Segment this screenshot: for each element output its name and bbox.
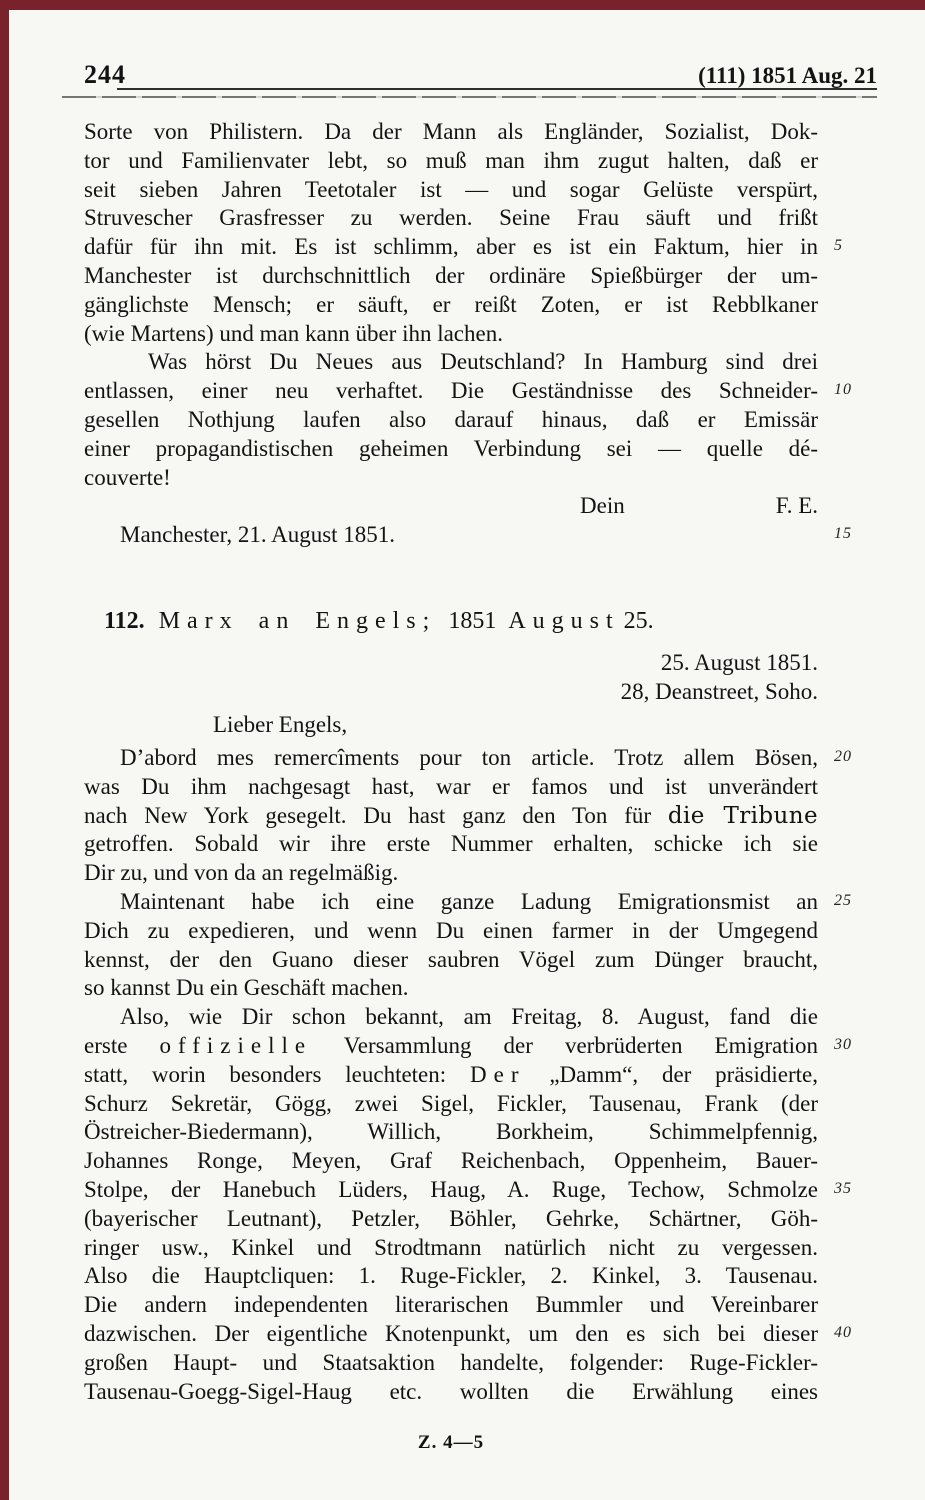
text-segment: (wie Martens) und man kann über ihn lach… (84, 321, 503, 346)
line-number: 10 (834, 382, 852, 398)
text-line: großen Haupt- und Staatsaktion handelte,… (84, 1349, 818, 1378)
text-line: ringer usw., Kinkel und Strodtmann natür… (84, 1234, 818, 1263)
text-line: Also die Hauptcliquen: 1. Ruge-Fickler, … (84, 1262, 818, 1291)
text-line: erste offizielle Versammlung der verbrüd… (84, 1032, 818, 1061)
scan-edge-left (0, 0, 9, 1500)
text-segment: D’abord mes remercîments pour ton articl… (120, 745, 818, 770)
text-segment: couverte! (84, 465, 171, 490)
text-line: dazwischen. Der eigentliche Knotenpunkt,… (84, 1320, 818, 1349)
text-segment: Die andern independenten literarischen B… (84, 1292, 818, 1317)
text-segment: Was hörst Du Neues aus Deutschland? In H… (148, 349, 818, 374)
text-line: nach New York gesegelt. Du hast ganz den… (84, 802, 818, 831)
closing-initials: F. E. (776, 492, 818, 521)
text-line: so kannst Du ein Geschäft machen. (84, 974, 818, 1003)
text-line: statt, worin besonders leuchteten: Der „… (84, 1061, 818, 1090)
text-segment: Dich zu expedieren, und wenn Du einen fa… (84, 918, 818, 943)
letter-112-heading: 112.Marx an Engels;1851August25. (104, 606, 654, 636)
text-line: entlassen, einer neu verhaftet. Die Gest… (84, 377, 818, 406)
text-segment: was Du ihm nachgesagt hast, war er famos… (84, 774, 818, 799)
text-segment: Tausenau-Goegg-Sigel-Haug etc. wollten d… (84, 1379, 818, 1404)
text-segment: Schurz Sekretär, Gögg, zwei Sigel, Fickl… (84, 1091, 818, 1116)
text-line: einer propagandistischen geheimen Verbin… (84, 435, 818, 464)
text-line: tor und Familienvater lebt, so muß man i… (84, 147, 818, 176)
text-segment: so kannst Du ein Geschäft machen. (84, 975, 408, 1000)
text-segment: „Damm“, der präsidierte, (526, 1062, 819, 1087)
text-line: Sorte von Philistern. Da der Mann als En… (84, 118, 818, 147)
heading-correspondents: Marx an Engels; (159, 608, 437, 634)
scan-edge-top (0, 0, 925, 10)
text-line: D’abord mes remercîments pour ton articl… (84, 744, 818, 773)
text-line: seit sieben Jahren Teetotaler ist — und … (84, 176, 818, 205)
line-number: 35 (834, 1181, 852, 1197)
text-line: Schurz Sekretär, Gögg, zwei Sigel, Fickl… (84, 1090, 818, 1119)
text-segment: ringer usw., Kinkel und Strodtmann natür… (84, 1235, 818, 1260)
letter-111-dateline: Manchester, 21. August 1851. 15 (84, 521, 818, 550)
text-line: Manchester ist durchschnittlich der ordi… (84, 262, 818, 291)
text-line: getroffen. Sobald wir ihre erste Nummer … (84, 830, 818, 859)
text-line: dafür für ihn mit. Es ist schlimm, aber … (84, 233, 818, 262)
text-line: Maintenant habe ich eine ganze Ladung Em… (84, 888, 818, 917)
text-segment: (bayerischer Leutnant), Petzler, Böhler,… (84, 1206, 818, 1231)
text-line: Die andern independenten literarischen B… (84, 1291, 818, 1320)
text-segment: seit sieben Jahren Teetotaler ist — und … (84, 177, 818, 202)
text-line: Struvescher Grasfresser zu werden. Seine… (84, 204, 818, 233)
book-page: 244 (111) 1851 Aug. 21 Sorte von Philist… (0, 0, 925, 1500)
text-line: Stolpe, der Hanebuch Lüders, Haug, A. Ru… (84, 1176, 818, 1205)
page-number: 244 (84, 60, 126, 90)
line-number: 15 (834, 526, 852, 542)
text-segment: tor und Familienvater lebt, so muß man i… (84, 148, 818, 173)
text-segment: Johannes Ronge, Meyen, Graf Reichenbach,… (84, 1148, 818, 1173)
text-line: (wie Martens) und man kann über ihn lach… (84, 320, 818, 349)
text-segment: gänglichste Mensch; er säuft, er reißt Z… (84, 292, 818, 317)
text-segment: Stolpe, der Hanebuch Lüders, Haug, A. Ru… (84, 1177, 818, 1202)
text-segment: Also, wie Dir schon bekannt, am Freitag,… (120, 1004, 818, 1029)
text-line: Dich zu expedieren, und wenn Du einen fa… (84, 917, 818, 946)
text-segment: statt, worin besonders leuchteten: (84, 1062, 470, 1087)
text-line: kennst, der den Guano dieser saubren Vög… (84, 946, 818, 975)
text-segment: Struvescher Grasfresser zu werden. Seine… (84, 205, 818, 230)
letter-address: 28, Deanstreet, Soho. (84, 677, 818, 706)
line-number: 5 (834, 238, 843, 254)
text-line: (bayerischer Leutnant), Petzler, Böhler,… (84, 1205, 818, 1234)
letter-111-body: Sorte von Philistern. Da der Mann als En… (84, 118, 818, 492)
text-segment: dazwischen. Der eigentliche Knotenpunkt,… (84, 1321, 818, 1346)
text-line: Dir zu, und von da an regelmäßig. (84, 859, 818, 888)
line-number: 30 (834, 1037, 852, 1053)
line-number: 20 (834, 749, 852, 765)
text-segment: einer propagandistischen geheimen Verbin… (84, 436, 818, 461)
header-date-label: (111) 1851 Aug. 21 (698, 63, 877, 89)
text-line: Östreicher-Biedermann), Willich, Borkhei… (84, 1118, 818, 1147)
text-segment: gesellen Nothjung laufen also darauf hin… (84, 407, 818, 432)
text-segment: entlassen, einer neu verhaftet. Die Gest… (84, 378, 818, 403)
text-line: Also, wie Dir schon bekannt, am Freitag,… (84, 1003, 818, 1032)
text-line: gänglichste Mensch; er säuft, er reißt Z… (84, 291, 818, 320)
header-rule-upper (117, 88, 877, 90)
header-rule-lower (62, 96, 877, 98)
text-segment: Versammlung der verbrüderten Emigration (312, 1033, 818, 1058)
text-segment: getroffen. Sobald wir ihre erste Nummer … (84, 831, 818, 856)
letter-112-place-date: 25. August 1851. 28, Deanstreet, Soho. (84, 648, 818, 706)
footer-note: Z. 4—5 (84, 1432, 818, 1454)
letterspaced-text: Der (470, 1062, 525, 1087)
text-segment: Östreicher-Biedermann), Willich, Borkhei… (84, 1119, 818, 1144)
text-segment: Manchester ist durchschnittlich der ordi… (84, 263, 818, 288)
letter-112-body: D’abord mes remercîments pour ton articl… (84, 744, 818, 1406)
letter-date: 25. August 1851. (84, 648, 818, 677)
text-segment: Also die Hauptcliquen: 1. Ruge-Fickler, … (84, 1263, 818, 1288)
text-segment: dafür für ihn mit. Es ist schlimm, aber … (84, 234, 818, 259)
text-line: couverte! (84, 464, 818, 493)
line-number: 40 (834, 1325, 852, 1341)
text-line: Was hörst Du Neues aus Deutschland? In H… (84, 348, 818, 377)
text-segment: kennst, der den Guano dieser saubren Vög… (84, 947, 818, 972)
text-line: gesellen Nothjung laufen also darauf hin… (84, 406, 818, 435)
text-segment: großen Haupt- und Staatsaktion handelte,… (84, 1350, 818, 1375)
heading-month: August (508, 608, 619, 634)
text-line: was Du ihm nachgesagt hast, war er famos… (84, 773, 818, 802)
dateline-text: Manchester, 21. August 1851. (84, 522, 395, 547)
letterspaced-text: offizielle (159, 1033, 312, 1058)
line-number: 25 (834, 893, 852, 909)
salutation: Lieber Engels, (213, 710, 347, 739)
text-segment: Maintenant habe ich eine ganze Ladung Em… (120, 889, 818, 914)
alt-face-text: die Tribune (668, 803, 818, 829)
heading-year: 1851 (448, 608, 496, 634)
letter-number: 112. (104, 608, 145, 634)
text-segment: nach New York gesegelt. Du hast ganz den… (84, 803, 668, 828)
text-segment: Sorte von Philistern. Da der Mann als En… (84, 119, 818, 144)
text-segment: Dir zu, und von da an regelmäßig. (84, 860, 398, 885)
running-header: 244 (111) 1851 Aug. 21 (84, 60, 877, 90)
letter-111-closing: Dein F. E. (84, 492, 818, 521)
text-line: Johannes Ronge, Meyen, Graf Reichenbach,… (84, 1147, 818, 1176)
text-segment: erste (84, 1033, 159, 1058)
closing-word: Dein (580, 492, 625, 521)
heading-day: 25. (624, 608, 654, 634)
text-line: Tausenau-Goegg-Sigel-Haug etc. wollten d… (84, 1378, 818, 1407)
